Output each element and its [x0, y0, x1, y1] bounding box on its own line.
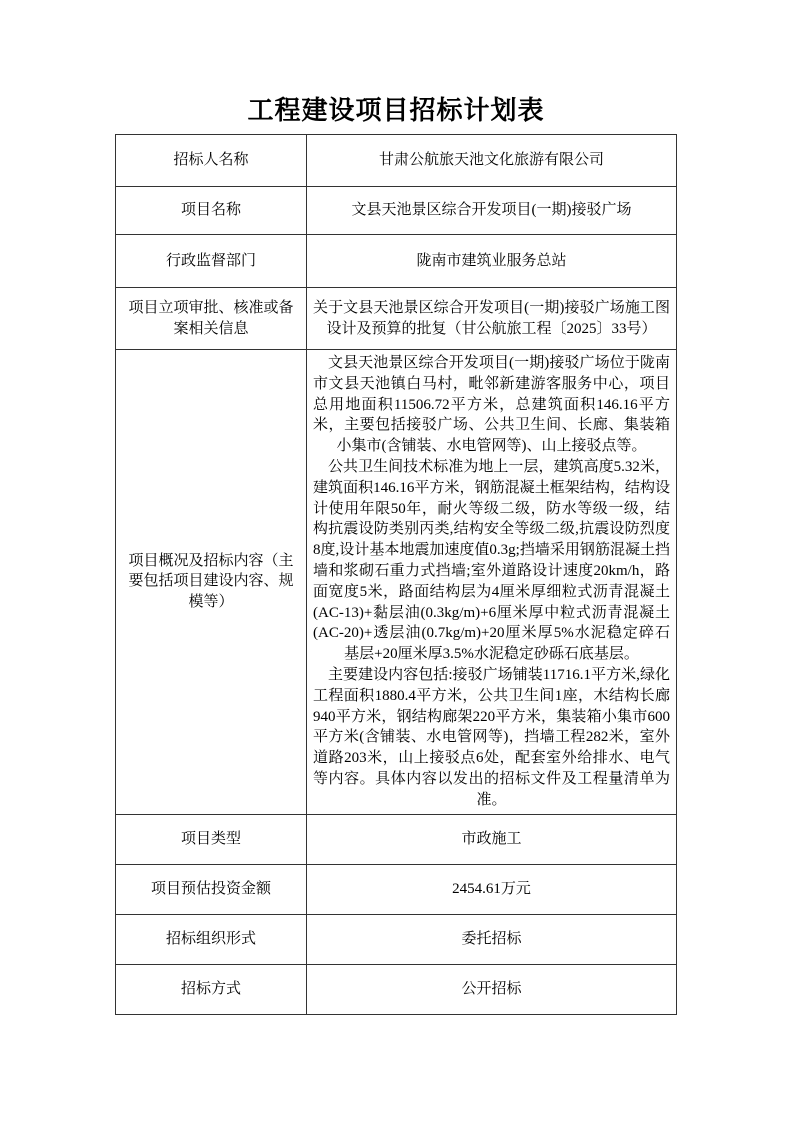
row-label: 招标组织形式	[116, 914, 307, 964]
overview-paragraph: 主要建设内容包括:接驳广场铺装11716.1平方米,绿化工程面积1880.4平方…	[313, 665, 670, 811]
row-bidder-name: 招标人名称 甘肃公航旅天池文化旅游有限公司	[116, 135, 677, 187]
row-organization-form: 招标组织形式 委托招标	[116, 914, 677, 964]
row-value: 文县天池景区综合开发项目(一期)接驳广场位于陇南市文县天池镇白马村，毗邻新建游客…	[307, 350, 677, 815]
row-project-overview: 项目概况及招标内容（主要包括项目建设内容、规模等） 文县天池景区综合开发项目(一…	[116, 350, 677, 815]
row-label: 招标人名称	[116, 135, 307, 187]
row-label: 行政监督部门	[116, 235, 307, 288]
row-value: 陇南市建筑业服务总站	[307, 235, 677, 288]
overview-paragraph: 文县天池景区综合开发项目(一期)接驳广场位于陇南市文县天池镇白马村，毗邻新建游客…	[313, 353, 670, 457]
row-value: 关于文县天池景区综合开发项目(一期)接驳广场施工图设计及预算的批复（甘公航旅工程…	[307, 288, 677, 350]
bidding-plan-table: 招标人名称 甘肃公航旅天池文化旅游有限公司 项目名称 文县天池景区综合开发项目(…	[115, 134, 677, 1015]
row-project-name: 项目名称 文县天池景区综合开发项目(一期)接驳广场	[116, 187, 677, 235]
row-label: 招标方式	[116, 964, 307, 1014]
row-supervision-department: 行政监督部门 陇南市建筑业服务总站	[116, 235, 677, 288]
row-label: 项目名称	[116, 187, 307, 235]
row-value: 2454.61万元	[307, 864, 677, 914]
row-estimated-investment: 项目预估投资金额 2454.61万元	[116, 864, 677, 914]
page-title: 工程建设项目招标计划表	[0, 96, 792, 126]
row-value: 文县天池景区综合开发项目(一期)接驳广场	[307, 187, 677, 235]
row-value: 公开招标	[307, 964, 677, 1014]
row-value: 委托招标	[307, 914, 677, 964]
row-value: 市政施工	[307, 814, 677, 864]
row-label: 项目预估投资金额	[116, 864, 307, 914]
row-label: 项目类型	[116, 814, 307, 864]
row-label: 项目概况及招标内容（主要包括项目建设内容、规模等）	[116, 350, 307, 815]
row-value: 甘肃公航旅天池文化旅游有限公司	[307, 135, 677, 187]
overview-paragraph: 公共卫生间技术标准为地上一层，建筑高度5.32米，建筑面积146.16平方米，钢…	[313, 457, 670, 665]
document-page: 工程建设项目招标计划表 招标人名称 甘肃公航旅天池文化旅游有限公司 项目名称 文…	[0, 0, 792, 1121]
row-label: 项目立项审批、核准或备案相关信息	[116, 288, 307, 350]
row-approval-info: 项目立项审批、核准或备案相关信息 关于文县天池景区综合开发项目(一期)接驳广场施…	[116, 288, 677, 350]
row-bidding-method: 招标方式 公开招标	[116, 964, 677, 1014]
row-project-type: 项目类型 市政施工	[116, 814, 677, 864]
